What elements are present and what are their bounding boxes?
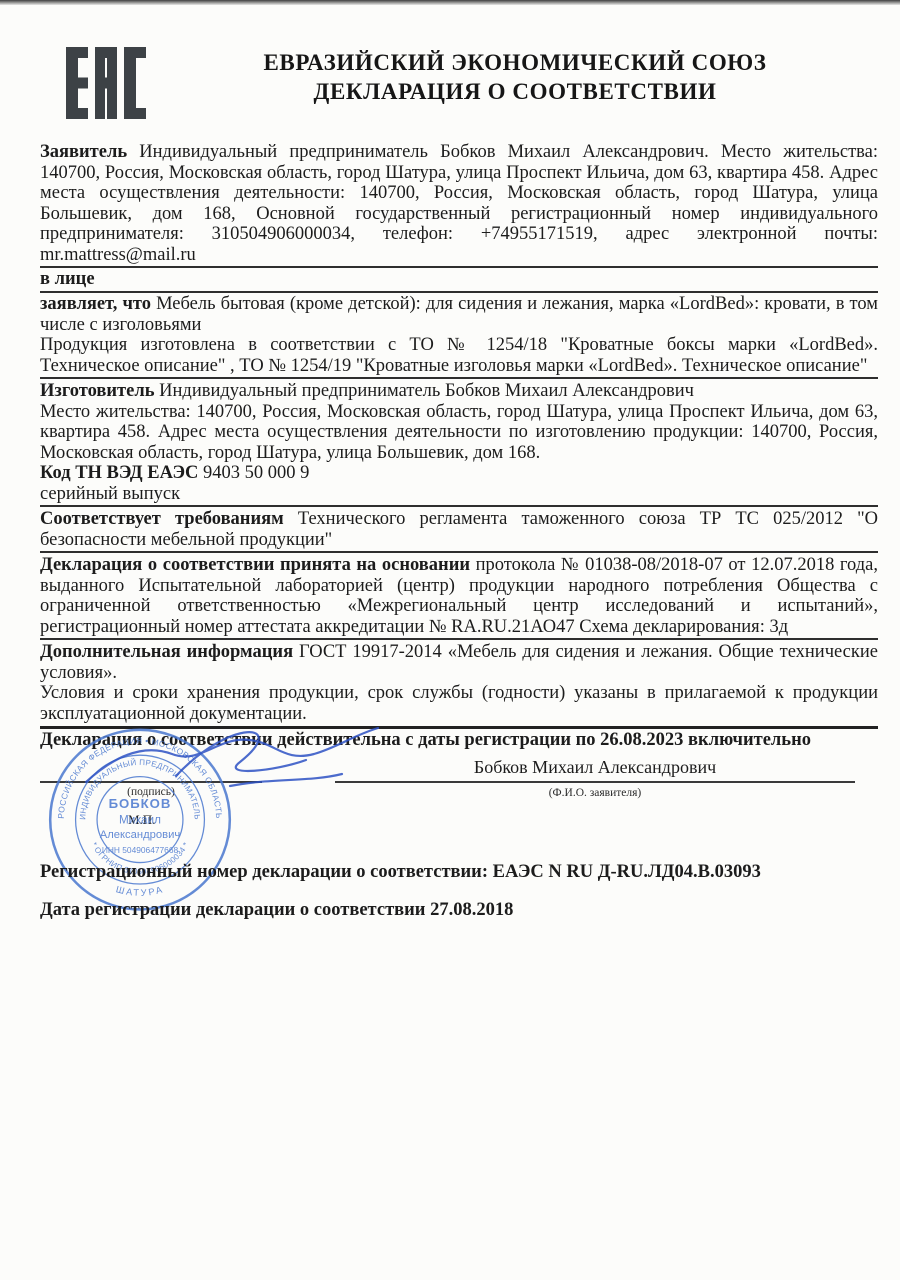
stamp-center-patronymic: Александрович	[100, 829, 181, 841]
tnved-code-label: Код ТН ВЭД ЕАЭС	[40, 463, 198, 483]
declares-text: Мебель бытовая (кроме детской): для сиде…	[40, 294, 878, 335]
applicant-full-name: Бобков Михаил Александрович	[335, 757, 855, 778]
applicant-label: Заявитель	[40, 142, 127, 162]
applicant-section: Заявитель Индивидуальный предприниматель…	[40, 142, 878, 265]
manufacturer-text: Индивидуальный предприниматель Бобков Ми…	[155, 381, 694, 401]
section-divider	[40, 377, 878, 379]
registration-number-value: ЕАЭС N RU Д-RU.ЛД04.В.03093	[488, 862, 761, 882]
tnved-code-value: 9403 50 000 9	[198, 463, 309, 483]
manufacturer-label: Изготовитель	[40, 381, 155, 401]
registration-number-label: Регистрационный номер декларации о соотв…	[40, 862, 488, 882]
in-person-label: в лице	[40, 269, 95, 289]
stamp-center-firstname: Михаил	[119, 814, 161, 827]
applicant-text: Индивидуальный предприниматель Бобков Ми…	[40, 142, 878, 265]
section-divider	[40, 291, 878, 293]
title-line-1: ЕВРАЗИЙСКИЙ ЭКОНОМИЧЕСКИЙ СОЮЗ	[170, 48, 860, 77]
declares-section: заявляет, что Мебель бытовая (кроме детс…	[40, 294, 878, 376]
serial-release: серийный выпуск	[40, 484, 180, 504]
registration-date-label: Дата регистрации декларации о соответств…	[40, 900, 425, 920]
document-title: ЕВРАЗИЙСКИЙ ЭКОНОМИЧЕСКИЙ СОЮЗ ДЕКЛАРАЦИ…	[170, 48, 860, 106]
basis-section: Декларация о соответствии принята на осн…	[40, 555, 878, 637]
in-person-section: в лице	[40, 269, 878, 290]
section-divider	[40, 266, 878, 268]
scan-edge-artifact	[0, 0, 900, 5]
declaration-document: ЕВРАЗИЙСКИЙ ЭКОНОМИЧЕСКИЙ СОЮЗ ДЕКЛАРАЦИ…	[0, 0, 900, 1280]
section-divider	[40, 638, 878, 640]
basis-label: Декларация о соответствии принята на осн…	[40, 555, 470, 575]
name-line	[335, 781, 855, 783]
additional-info-section: Дополнительная информация ГОСТ 19917-201…	[40, 642, 878, 724]
stamp-center-inn: ИНН 504906477668	[102, 845, 179, 855]
manufacturer-section: Изготовитель Индивидуальный предпринимат…	[40, 381, 878, 504]
conformity-section: Соответствует требованиям Технического р…	[40, 509, 878, 550]
title-line-2: ДЕКЛАРАЦИЯ О СООТВЕТСТВИИ	[170, 77, 860, 106]
registration-date-value: 27.08.2018	[425, 900, 513, 920]
registration-number-line: Регистрационный номер декларации о соотв…	[40, 862, 878, 883]
declares-label: заявляет, что	[40, 294, 151, 314]
section-divider	[40, 551, 878, 553]
manufacturer-address: Место жительства: 140700, Россия, Москов…	[40, 402, 878, 463]
additional-info-label: Дополнительная информация	[40, 642, 293, 662]
registration-date-line: Дата регистрации декларации о соответств…	[40, 900, 878, 921]
name-caption: (Ф.И.О. заявителя)	[335, 787, 855, 799]
eac-logo	[64, 47, 148, 119]
stamp-outer-bottom-text: ШАТУРА	[115, 884, 165, 898]
conformity-label: Соответствует требованиям	[40, 509, 284, 529]
declares-line2: Продукция изготовлена в соответствии с Т…	[40, 335, 878, 376]
section-divider	[40, 505, 878, 507]
handwritten-signature	[80, 716, 400, 806]
